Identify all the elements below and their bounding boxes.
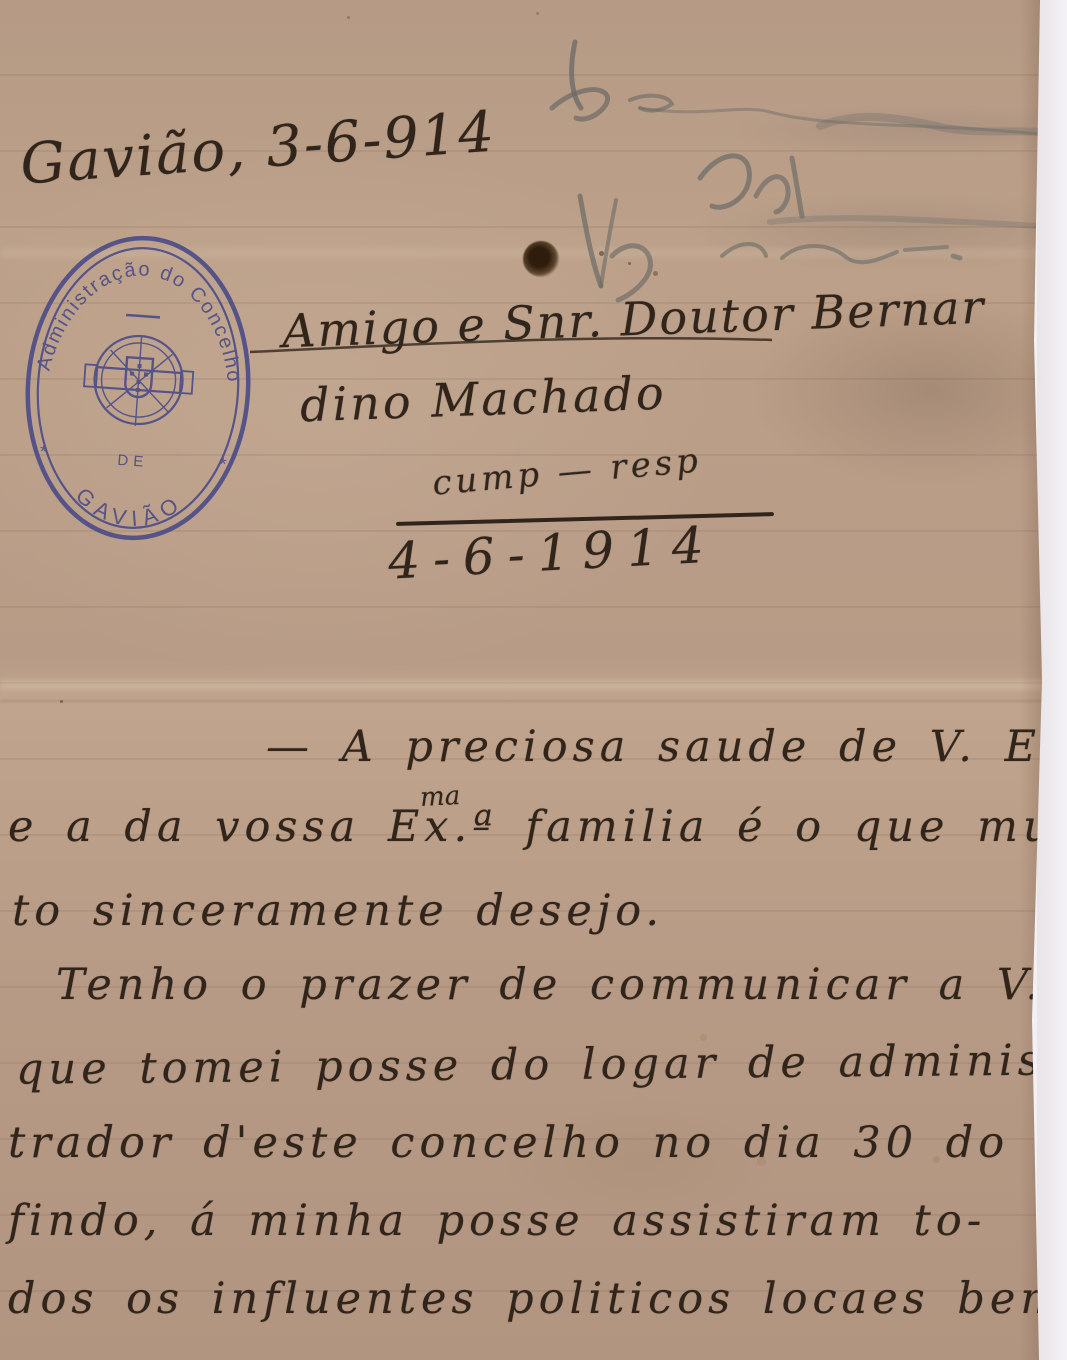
ink-blot	[523, 241, 559, 277]
body-line: to sinceramente desejo.	[12, 886, 664, 936]
stamp-ring-top-text: Administração do Concelho	[32, 251, 253, 386]
letter-paper: Gavião, 3-6-914 Administração do Concelh…	[0, 0, 1046, 1360]
municipal-stamp: Administração do Concelho GAVIÃO DE * *	[7, 220, 269, 556]
body-line: findo, á minha posse assistiram to-	[8, 1196, 986, 1246]
salutation-line-1: Amigo e Snr. Doutor Bernar	[281, 280, 986, 359]
body-line: e a da vossa Ex.ª familia é o que mui=	[8, 802, 1046, 852]
fold-crease-shadow	[0, 700, 1046, 702]
stamp-right-star: *	[219, 454, 227, 474]
stamp-divider-dash	[126, 315, 160, 317]
reply-date: 4-6-1914	[387, 515, 718, 590]
stamp-left-star: *	[39, 441, 47, 461]
body-line: — A preciosa saude de V. Ex.ª	[266, 722, 1046, 772]
salutation-line-2: dino Machado	[299, 366, 667, 433]
stamp-de-text: DE	[117, 452, 149, 471]
body-line: Tenho o prazer de communicar a V. Ex.ª	[56, 960, 1046, 1010]
shorthand-note: cump — resp	[431, 440, 704, 503]
body-line: que tomei posse do logar de adminis=	[16, 1035, 1046, 1094]
coat-of-arms-emblem	[81, 332, 195, 429]
paper-specks	[0, 0, 3, 3]
dateline-handwriting: Gavião, 3-6-914	[18, 99, 498, 197]
fold-crease	[0, 680, 1046, 690]
body-line: dos os influentes politicos locaes bem	[8, 1274, 1046, 1324]
body-line: trador d'este concelho no dia 30 do mez	[8, 1118, 1046, 1168]
